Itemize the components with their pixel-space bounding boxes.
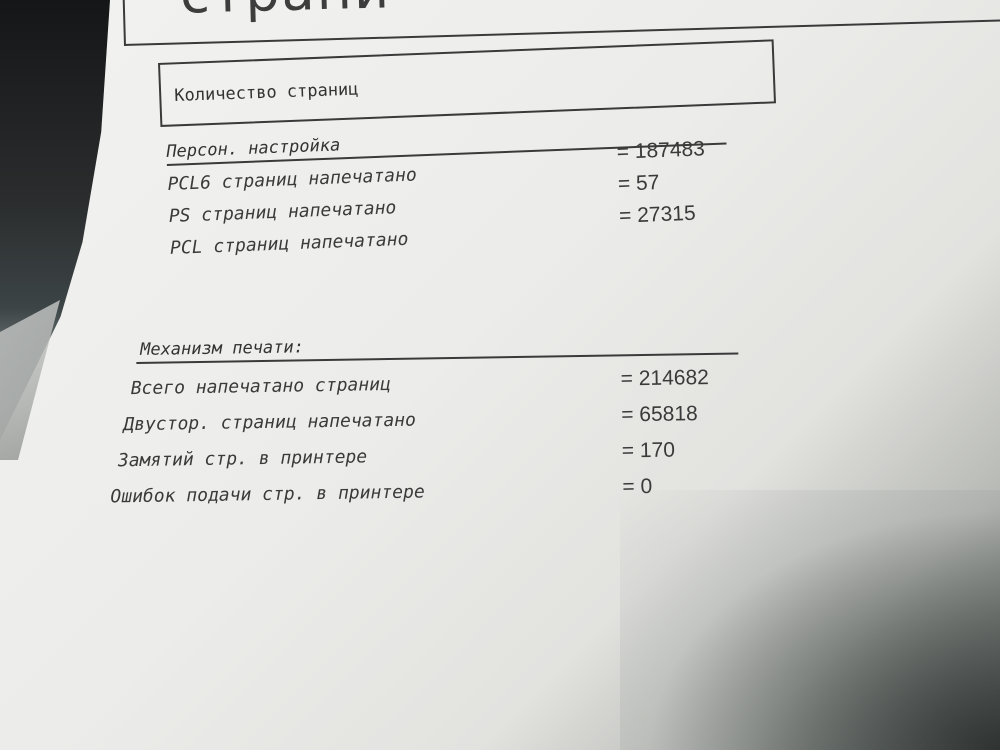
counter-value: = 170 [622, 439, 676, 464]
counter-label: Ошибок подачи стр. в принтере [110, 481, 425, 507]
counter-value: = 57 [618, 171, 660, 197]
counter-value: = 187483 [616, 137, 705, 164]
counter-label: Замятий стр. в принтере [118, 446, 368, 471]
counter-label: Всего напечатано страниц [131, 374, 391, 399]
counter-label: Двустор. страниц напечатано [123, 410, 416, 436]
photo-scene: страни Количество страниц Персон. настро… [0, 0, 1000, 750]
shadow-overlay [620, 490, 1000, 750]
counter-value: = 27315 [619, 202, 696, 229]
counter-value: = 65818 [621, 402, 698, 427]
counter-value: = 214682 [620, 366, 709, 391]
group-custom-settings: Персон. настройка PCL6 страниц напечатан… [166, 121, 731, 270]
